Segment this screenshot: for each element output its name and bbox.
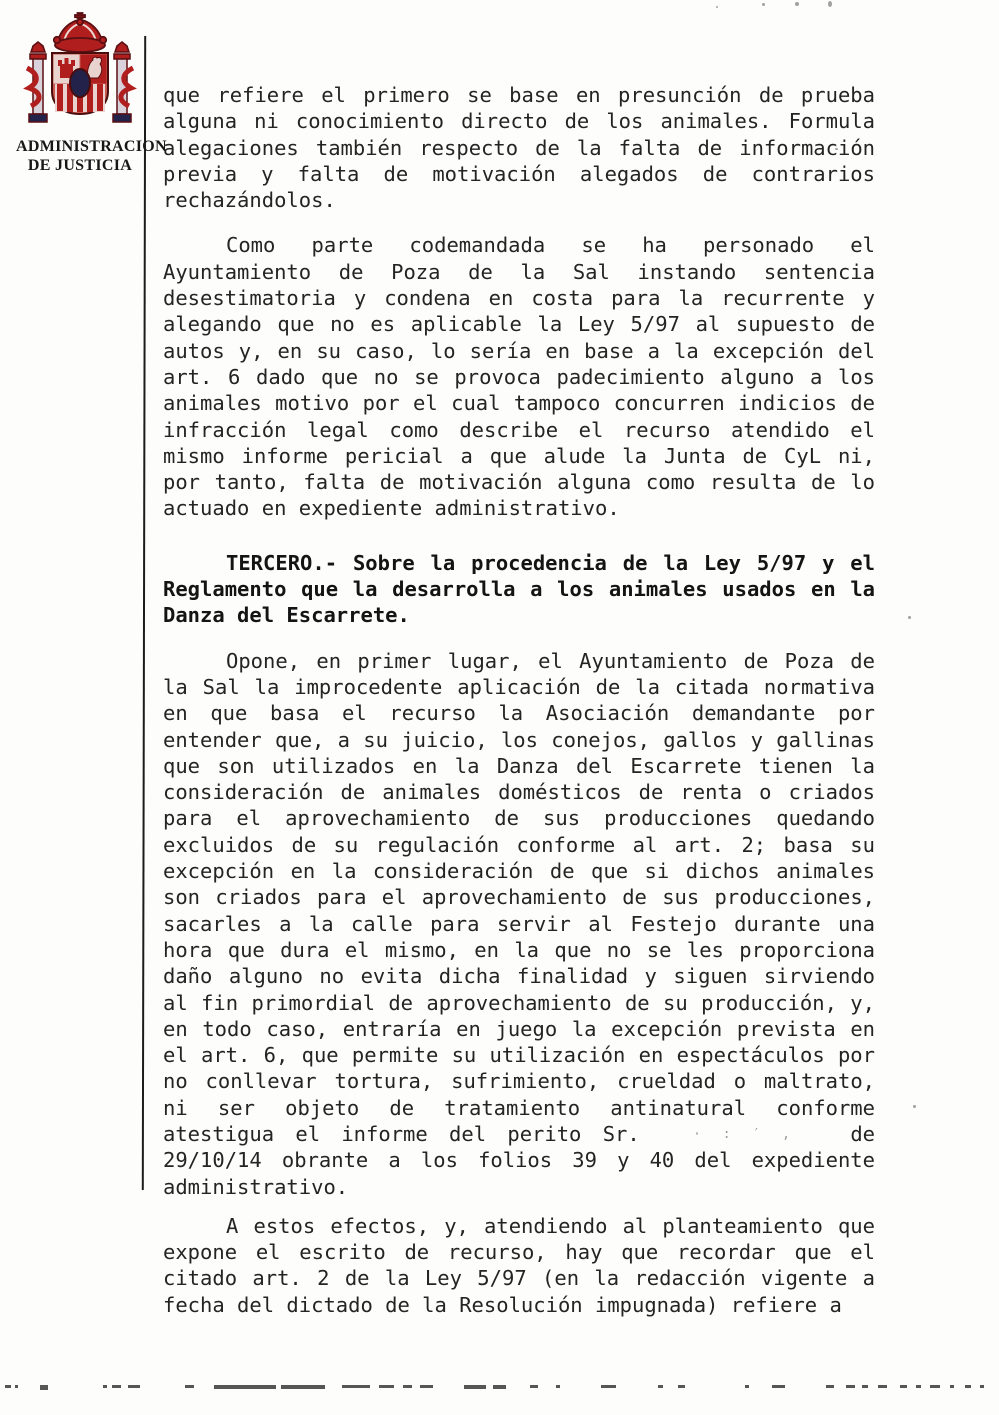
scan-speck [835,148,838,150]
scan-speck [762,3,765,6]
paragraph-opone-ayuntamiento: Opone, en primer lugar, el Ayuntamiento … [163,648,875,1200]
scan-speck [908,616,911,619]
redacted-expert-name: · : ′ , [661,1128,829,1141]
section-heading-tercero: TERCERO.- Sobre la procedencia de la Ley… [163,550,875,629]
scan-speck [716,6,718,8]
paragraph-a-estos-efectos: A estos efectos, y, atendiendo al plante… [163,1213,875,1318]
logo-caption: ADMINISTRACION DE JUSTICIA [16,138,144,176]
scanned-court-document-page: ADMINISTRACION DE JUSTICIA que refiere e… [0,0,999,1415]
logo-caption-line1: ADMINISTRACION [16,138,144,157]
logo-caption-line2: DE JUSTICIA [16,157,144,176]
scan-speck [828,1,832,7]
margin-divider-rule [142,36,146,1190]
spain-coat-of-arms-icon [19,12,141,134]
scan-speck [795,2,799,6]
paragraph-3-text-before-redaction: Opone, en primer lugar, el Ayuntamiento … [163,649,875,1146]
paragraph-alegaciones: que refiere el primero se base en presun… [163,82,875,213]
document-body: que refiere el primero se base en presun… [163,82,875,1318]
scan-speck [913,1105,916,1108]
administracion-de-justicia-logo: ADMINISTRACION DE JUSTICIA [16,12,144,176]
paragraph-parte-codemandada: Como parte codemandada se ha personado e… [163,232,875,521]
scan-noise-band [0,1383,999,1393]
